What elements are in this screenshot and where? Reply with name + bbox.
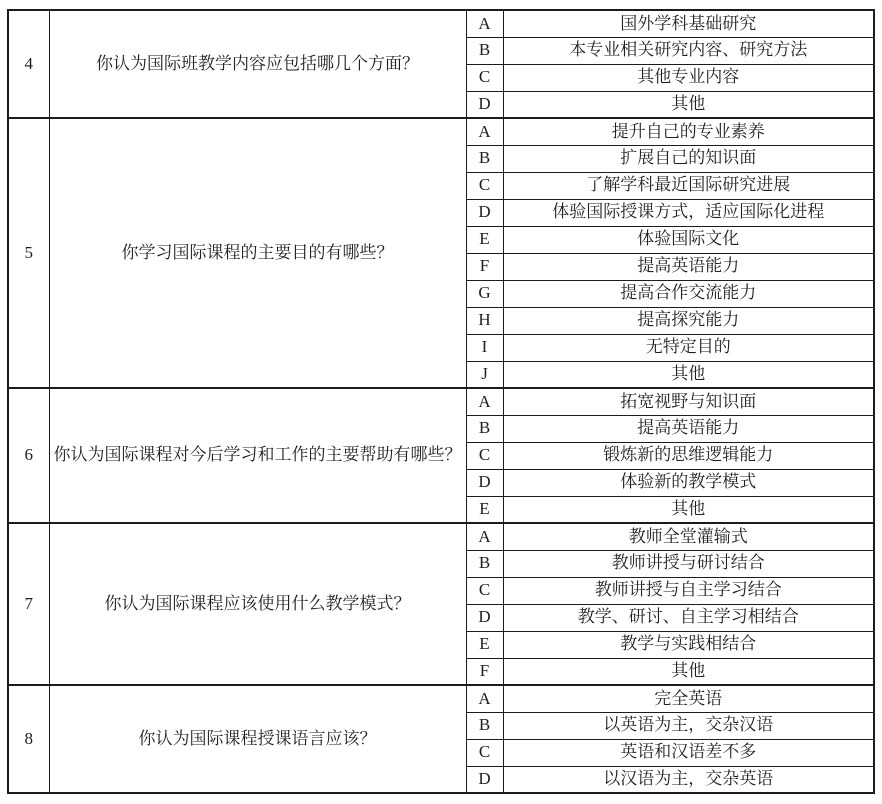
option-text-cell: 国外学科基础研究 bbox=[503, 10, 874, 37]
question-first-row: 4 你认为国际班教学内容应包括哪几个方面？ A 国外学科基础研究 bbox=[8, 10, 874, 37]
option-text-cell: 教学与实践相结合 bbox=[503, 631, 874, 658]
question-text-cell: 你认为国际课程应该使用什么教学模式？ bbox=[49, 523, 466, 685]
option-letter-cell: D bbox=[466, 91, 503, 118]
question-text-cell: 你认为国际课程对今后学习和工作的主要帮助有哪些？ bbox=[49, 388, 466, 523]
option-text-cell: 教师讲授与研讨结合 bbox=[503, 550, 874, 577]
question-first-row: 6 你认为国际课程对今后学习和工作的主要帮助有哪些？ A 拓宽视野与知识面 bbox=[8, 388, 874, 415]
option-text-cell: 提高英语能力 bbox=[503, 415, 874, 442]
option-letter-cell: G bbox=[466, 280, 503, 307]
option-text-cell: 以汉语为主，交杂英语 bbox=[503, 766, 874, 793]
option-letter-cell: C bbox=[466, 64, 503, 91]
option-letter-cell: F bbox=[466, 658, 503, 685]
option-letter-cell: D bbox=[466, 604, 503, 631]
option-letter-cell: H bbox=[466, 307, 503, 334]
option-text-cell: 无特定目的 bbox=[503, 334, 874, 361]
option-letter-cell: E bbox=[466, 631, 503, 658]
option-text-cell: 其他专业内容 bbox=[503, 64, 874, 91]
option-letter-cell: A bbox=[466, 118, 503, 145]
option-text-cell: 提升自己的专业素养 bbox=[503, 118, 874, 145]
option-text-cell: 英语和汉语差不多 bbox=[503, 739, 874, 766]
question-first-row: 8 你认为国际课程授课语言应该？ A 完全英语 bbox=[8, 685, 874, 712]
option-letter-cell: D bbox=[466, 199, 503, 226]
option-letter-cell: C bbox=[466, 172, 503, 199]
option-letter-cell: F bbox=[466, 253, 503, 280]
option-letter-cell: B bbox=[466, 550, 503, 577]
option-letter-cell: C bbox=[466, 577, 503, 604]
option-letter-cell: B bbox=[466, 37, 503, 64]
question-number-cell: 5 bbox=[8, 118, 49, 388]
survey-table: 4 你认为国际班教学内容应包括哪几个方面？ A 国外学科基础研究 B 本专业相关… bbox=[7, 9, 875, 794]
option-text-cell: 体验国际授课方式，适应国际化进程 bbox=[503, 199, 874, 226]
option-text-cell: 提高英语能力 bbox=[503, 253, 874, 280]
question-number-cell: 7 bbox=[8, 523, 49, 685]
option-letter-cell: D bbox=[466, 766, 503, 793]
option-letter-cell: E bbox=[466, 226, 503, 253]
option-text-cell: 体验国际文化 bbox=[503, 226, 874, 253]
option-letter-cell: B bbox=[466, 415, 503, 442]
option-text-cell: 教师全堂灌输式 bbox=[503, 523, 874, 550]
question-first-row: 5 你学习国际课程的主要目的有哪些？ A 提升自己的专业素养 bbox=[8, 118, 874, 145]
question-text-cell: 你认为国际班教学内容应包括哪几个方面？ bbox=[49, 10, 466, 118]
question-number-cell: 6 bbox=[8, 388, 49, 523]
option-text-cell: 锻炼新的思维逻辑能力 bbox=[503, 442, 874, 469]
option-letter-cell: A bbox=[466, 685, 503, 712]
option-text-cell: 本专业相关研究内容、研究方法 bbox=[503, 37, 874, 64]
option-text-cell: 完全英语 bbox=[503, 685, 874, 712]
question-first-row: 7 你认为国际课程应该使用什么教学模式？ A 教师全堂灌输式 bbox=[8, 523, 874, 550]
option-text-cell: 提高合作交流能力 bbox=[503, 280, 874, 307]
option-letter-cell: D bbox=[466, 469, 503, 496]
option-letter-cell: C bbox=[466, 739, 503, 766]
option-letter-cell: J bbox=[466, 361, 503, 388]
option-letter-cell: C bbox=[466, 442, 503, 469]
option-text-cell: 体验新的教学模式 bbox=[503, 469, 874, 496]
option-text-cell: 其他 bbox=[503, 496, 874, 523]
option-letter-cell: A bbox=[466, 388, 503, 415]
question-text-cell: 你认为国际课程授课语言应该？ bbox=[49, 685, 466, 793]
option-text-cell: 拓宽视野与知识面 bbox=[503, 388, 874, 415]
option-text-cell: 其他 bbox=[503, 91, 874, 118]
option-letter-cell: B bbox=[466, 712, 503, 739]
question-text-cell: 你学习国际课程的主要目的有哪些？ bbox=[49, 118, 466, 388]
option-text-cell: 提高探究能力 bbox=[503, 307, 874, 334]
option-text-cell: 扩展自己的知识面 bbox=[503, 145, 874, 172]
question-number-cell: 8 bbox=[8, 685, 49, 793]
option-letter-cell: E bbox=[466, 496, 503, 523]
option-text-cell: 教学、研讨、自主学习相结合 bbox=[503, 604, 874, 631]
option-text-cell: 以英语为主，交杂汉语 bbox=[503, 712, 874, 739]
option-letter-cell: B bbox=[466, 145, 503, 172]
option-text-cell: 其他 bbox=[503, 361, 874, 388]
option-letter-cell: A bbox=[466, 523, 503, 550]
option-text-cell: 其他 bbox=[503, 658, 874, 685]
question-number-cell: 4 bbox=[8, 10, 49, 118]
option-text-cell: 了解学科最近国际研究进展 bbox=[503, 172, 874, 199]
option-text-cell: 教师讲授与自主学习结合 bbox=[503, 577, 874, 604]
option-letter-cell: I bbox=[466, 334, 503, 361]
option-letter-cell: A bbox=[466, 10, 503, 37]
